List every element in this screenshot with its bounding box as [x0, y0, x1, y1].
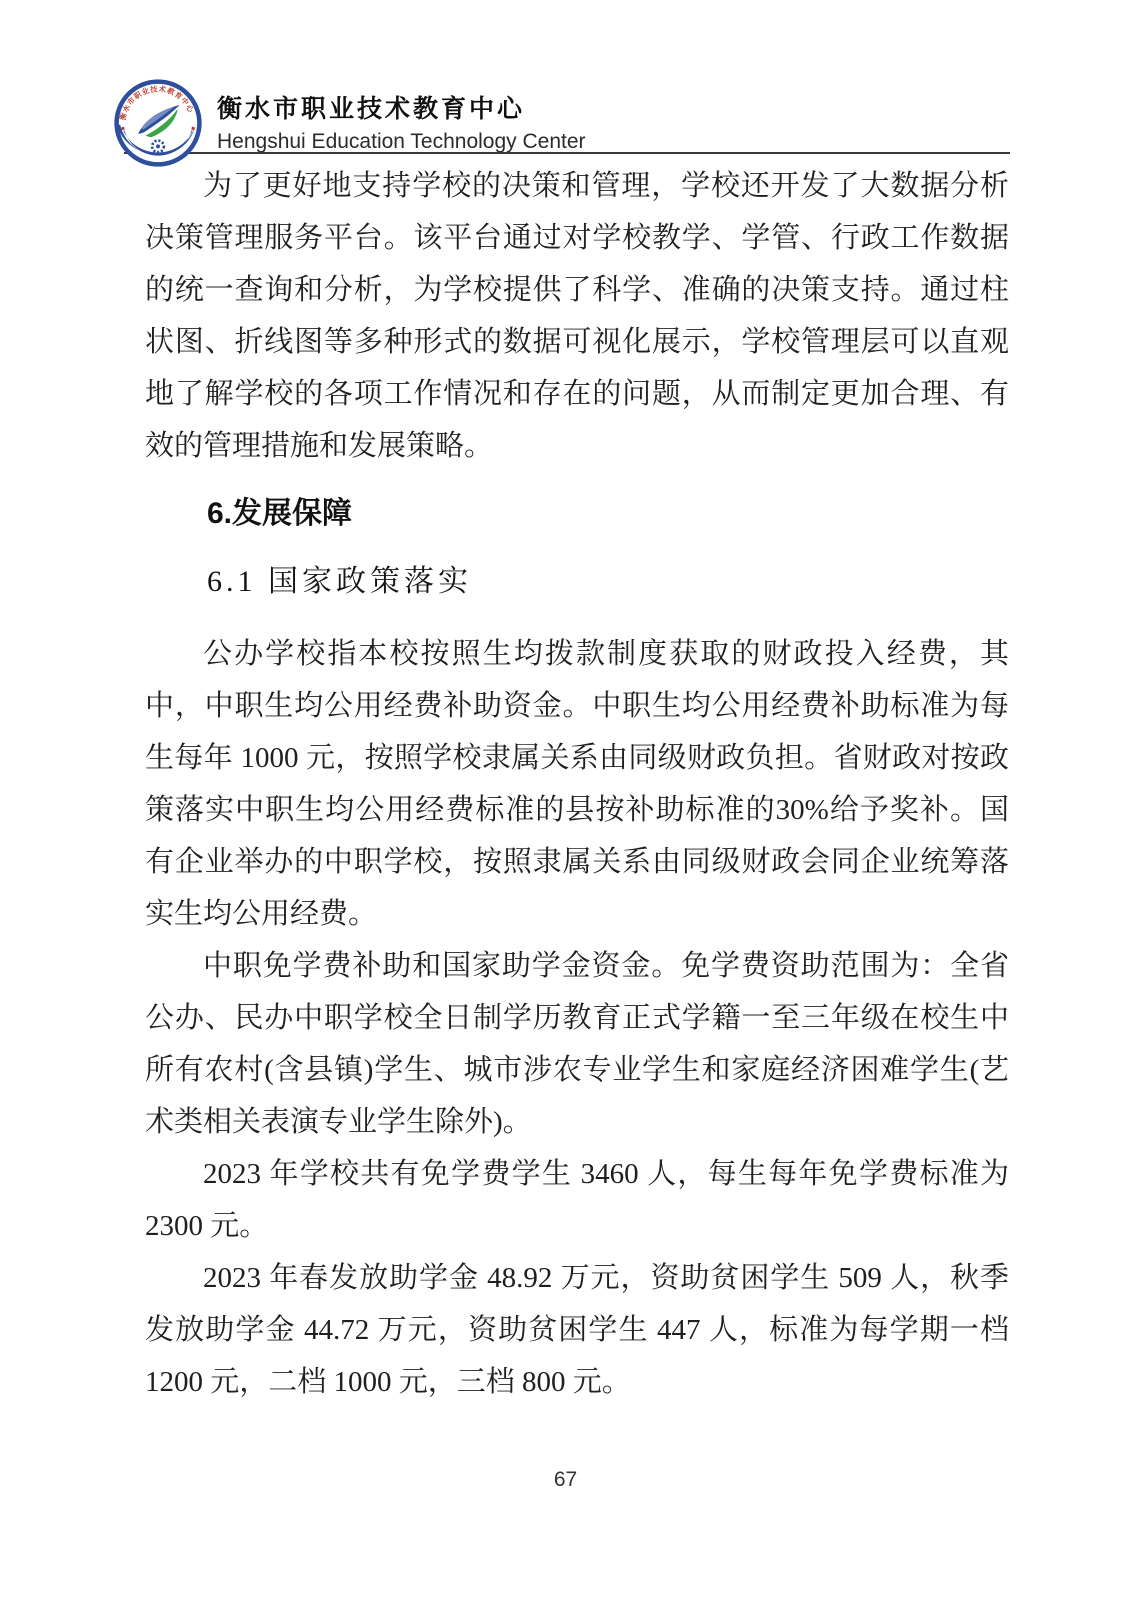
- school-badge-icon: 衡水市职业技术教育中心: [113, 78, 203, 168]
- document-body: 为了更好地支持学校的决策和管理，学校还开发了大数据分析决策管理服务平台。该平台通…: [145, 160, 1009, 1408]
- heading-section-6-1: 6.1 国家政策落实: [207, 562, 1009, 602]
- paragraph-tuition-waiver-2023: 2023 年学校共有免学费学生 3460 人，每生每年免学费标准为 2300 元…: [145, 1148, 1009, 1252]
- school-name-en: Hengshui Education Technology Center: [217, 128, 586, 156]
- document-page: 衡水市职业技术教育中心 衡水市职业技术教育中心 Hengshui Educati…: [0, 0, 1131, 1600]
- paragraph-grants-2023: 2023 年春发放助学金 48.92 万元，资助贫困学生 509 人，秋季发放助…: [145, 1252, 1009, 1408]
- paragraph-tuition-waiver-scope: 中职免学费补助和国家助学金资金。免学费资助范围为：全省公办、民办中职学校全日制学…: [145, 940, 1009, 1148]
- page-number: 67: [554, 1468, 577, 1491]
- school-logo: 衡水市职业技术教育中心: [113, 78, 203, 168]
- page-header: 衡水市职业技术教育中心 衡水市职业技术教育中心 Hengshui Educati…: [113, 78, 586, 168]
- header-titles: 衡水市职业技术教育中心 Hengshui Education Technolog…: [217, 90, 586, 156]
- page-footer: 67: [0, 1468, 1131, 1492]
- school-name-zh: 衡水市职业技术教育中心: [217, 94, 586, 126]
- heading-section-6: 6.发展保障: [207, 494, 1009, 534]
- paragraph-public-funding: 公办学校指本校按照生均拨款制度获取的财政投入经费，其中，中职生均公用经费补助资金…: [145, 628, 1009, 940]
- paragraph-big-data-platform: 为了更好地支持学校的决策和管理，学校还开发了大数据分析决策管理服务平台。该平台通…: [145, 160, 1009, 472]
